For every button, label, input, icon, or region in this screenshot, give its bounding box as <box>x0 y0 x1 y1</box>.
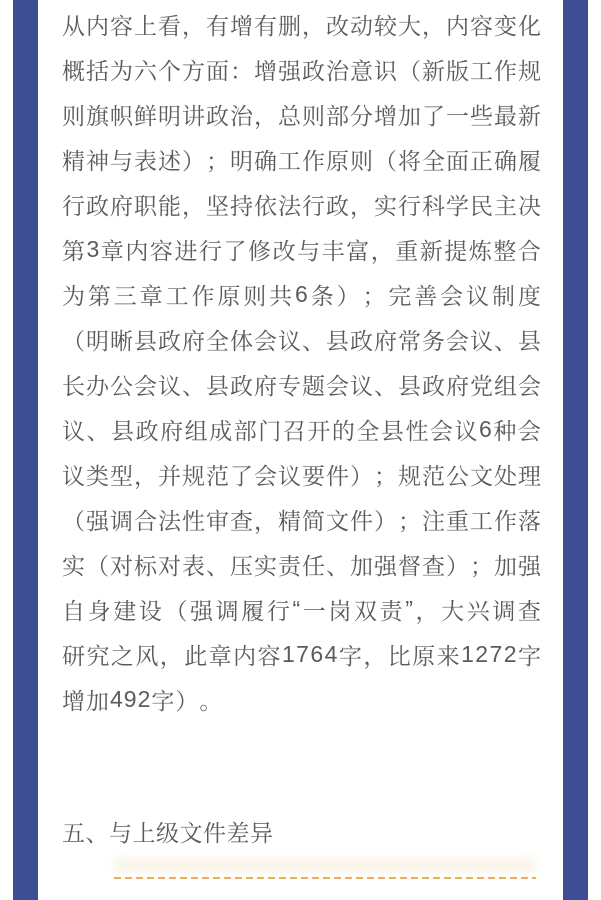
paragraph-line: 议类型，并规范了会议要件）；规范公文处理 <box>62 452 541 497</box>
paragraph-line: 第3章内容进行了修改与丰富，重新提炼整合 <box>62 227 541 272</box>
left-border-bar <box>13 0 38 900</box>
paragraph-line: 议、县政府组成部门召开的全县性会议6种会 <box>62 407 541 452</box>
paragraph-line: 研究之风，此章内容1764字，比原来1272字 <box>62 632 541 677</box>
paragraph-line: 从内容上看，有增有删，改动较大，内容变化 <box>62 2 541 47</box>
right-border-bar <box>563 0 588 900</box>
paragraph-line: 长办公会议、县政府专题会议、县政府党组会 <box>62 362 541 407</box>
paragraph-line: （明晰县政府全体会议、县政府常务会议、县 <box>62 317 541 362</box>
divider-glow <box>114 858 536 873</box>
paragraph-line: （强调合法性审查，精简文件）；注重工作落 <box>62 497 541 542</box>
paragraph-line: 实（对标对表、压实责任、加强督查）；加强 <box>62 542 541 587</box>
paragraph-line: 增加492字）。 <box>62 677 541 722</box>
article-content: 从内容上看，有增有删，改动较大，内容变化概括为六个方面：增强政治意识（新版工作规… <box>38 0 563 900</box>
paragraph-line: 自身建设（强调履行“一岗双责”，大兴调查 <box>62 587 541 632</box>
paragraph: 从内容上看，有增有删，改动较大，内容变化概括为六个方面：增强政治意识（新版工作规… <box>62 2 541 722</box>
paragraph-line: 概括为六个方面：增强政治意识（新版工作规 <box>62 47 541 92</box>
article-page: 从内容上看，有增有删，改动较大，内容变化概括为六个方面：增强政治意识（新版工作规… <box>0 0 601 900</box>
paragraph-line: 行政府职能，坚持依法行政，实行科学民主决 <box>62 182 541 227</box>
section-heading: 五、与上级文件差异 <box>62 809 541 854</box>
dashed-divider <box>114 877 536 879</box>
paragraph-line: 为第三章工作原则共6条）；完善会议制度 <box>62 272 541 317</box>
paragraph-line: 则旗帜鲜明讲政治，总则部分增加了一些最新 <box>62 92 541 137</box>
paragraph-line: 精神与表述）；明确工作原则（将全面正确履 <box>62 137 541 182</box>
